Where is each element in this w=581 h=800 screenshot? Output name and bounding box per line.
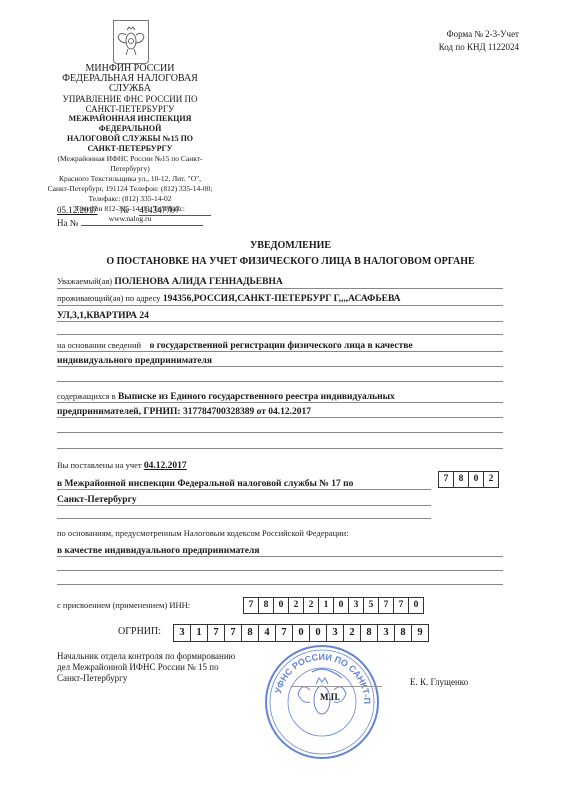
rule	[57, 518, 431, 519]
address-line1: 194356,РОССИЯ,САНКТ-ПЕТЕРБУРГ Г,,,,АСАФЬ…	[163, 294, 401, 304]
basis-line2: индивидуального предпринимателя	[57, 356, 212, 366]
ogrnip-digit: 7	[225, 625, 242, 641]
basis-row2: индивидуального предпринимателя	[57, 355, 212, 366]
ogrnip-digit: 1	[191, 625, 208, 641]
position-line1: Начальник отдела контроля по формировани…	[57, 651, 235, 662]
inspection-code-digit: 2	[484, 472, 498, 487]
doc-number: 414347707	[139, 205, 211, 216]
rule	[57, 556, 503, 557]
doc-date-number: 05.12.2017 № 414347707 На №	[57, 204, 211, 229]
inn-digit: 7	[379, 598, 394, 613]
address-row2: УЛ,3,1,КВАРТИРА 24	[57, 310, 149, 321]
service: ФЕДЕРАЛЬНАЯ НАЛОГОВАЯ СЛУЖБА	[40, 74, 220, 94]
dept-line2: САНКТ-ПЕТЕРБУРГУ	[40, 104, 220, 114]
ref-value	[81, 216, 203, 226]
grounds-value: в качестве индивидуального предпринимате…	[57, 546, 259, 556]
inn-boxes: 780221035770	[243, 597, 424, 614]
position-line3: Санкт-Петербургу	[57, 673, 235, 684]
ref-label: На №	[57, 218, 78, 228]
rule	[57, 417, 503, 418]
inspection-line3: САНКТ-ПЕТЕРБУРГУ	[40, 144, 220, 154]
knd-code: Код по КНД 1122024	[439, 41, 519, 54]
doc-number-label: №	[120, 205, 129, 215]
form-identifier: Форма № 2-3-Учет Код по КНД 1122024	[439, 28, 519, 54]
issuer-header: МИНФИН РОССИИ ФЕДЕРАЛЬНАЯ НАЛОГОВАЯ СЛУЖ…	[40, 64, 220, 224]
title-line2: О ПОСТАНОВКЕ НА УЧЕТ ФИЗИЧЕСКОГО ЛИЦА В …	[0, 254, 581, 270]
inspection-line1: МЕЖРАЙОННАЯ ИНСПЕКЦИЯ ФЕДЕРАЛЬНОЙ	[40, 114, 220, 134]
dept-line1: УПРАВЛЕНИЕ ФНС РОССИИ ПО	[40, 94, 220, 104]
inspection-code-digit: 7	[439, 472, 454, 487]
person-name: ПОЛЕНОВА АЛИДА ГЕННАДЬЕВНА	[114, 277, 282, 287]
ogrnip-digit: 3	[174, 625, 191, 641]
inspection-code-digit: 8	[454, 472, 469, 487]
addressee-row: Уважаемый(ая) ПОЛЕНОВА АЛИДА ГЕННАДЬЕВНА	[57, 276, 283, 287]
rule	[57, 366, 503, 367]
inspection-row: в Межрайонной инспекции Федеральной нало…	[57, 478, 353, 489]
grounds-label: по основаниям, предусмотренным Налоговым…	[57, 528, 349, 538]
inn-digit: 2	[304, 598, 319, 613]
ogrnip-boxes: 317784700328389	[173, 624, 429, 642]
ogrnip-digit: 8	[361, 625, 378, 641]
rule	[57, 448, 503, 449]
rule	[57, 402, 503, 403]
rule	[57, 505, 431, 506]
ogrnip-digit: 3	[378, 625, 395, 641]
contact-line4: Телефакс: (812) 335-14-02	[40, 194, 220, 204]
address-line2: УЛ,3,1,КВАРТИРА 24	[57, 311, 149, 321]
basis-row: на основании сведений о государственной …	[57, 340, 413, 351]
registered-label: Вы поставлены на учет	[57, 460, 142, 470]
contained-row: содержащихся в Выписке из Единого госуда…	[57, 391, 395, 402]
rule	[57, 351, 503, 352]
rule	[57, 381, 503, 382]
ogrnip-digit: 8	[242, 625, 259, 641]
ogrnip-label: ОГРНИП:	[118, 626, 161, 637]
contained-line2: предпринимателей, ГРНИП: 317784700328389…	[57, 407, 311, 417]
signer-position: Начальник отдела контроля по формировани…	[57, 651, 235, 684]
title-line1: УВЕДОМЛЕНИЕ	[0, 238, 581, 254]
ogrnip-digit: 7	[208, 625, 225, 641]
inn-label: с присвоением (применением) ИНН:	[57, 600, 190, 610]
address-label: проживающий(ая) по адресу	[57, 293, 161, 303]
inspection-line2: НАЛОГОВОЙ СЛУЖБЫ №15 ПО	[40, 134, 220, 144]
basis-label: на основании сведений	[57, 340, 141, 350]
address-row: проживающий(ая) по адресу 194356,РОССИЯ,…	[57, 293, 401, 304]
inn-digit: 8	[259, 598, 274, 613]
inn-digit: 1	[319, 598, 334, 613]
position-line2: дел Межрайонной ИФНС России № 15 по	[57, 662, 235, 673]
inspection-row2: Санкт-Петербургу	[57, 494, 137, 505]
inn-digit: 2	[289, 598, 304, 613]
rule	[57, 321, 503, 322]
doc-title: УВЕДОМЛЕНИЕ О ПОСТАНОВКЕ НА УЧЕТ ФИЗИЧЕС…	[0, 238, 581, 270]
inn-digit: 0	[334, 598, 349, 613]
ogrnip-digit: 9	[412, 625, 428, 641]
inspection-code-boxes: 7802	[438, 471, 499, 488]
contained-line1: Выписке из Единого государственного реес…	[118, 392, 395, 402]
inn-digit: 7	[394, 598, 409, 613]
signer-name: Е. К. Глущенко	[410, 677, 468, 687]
dear-label: Уважаемый(ая)	[57, 276, 112, 286]
rule	[57, 432, 503, 433]
grounds-value-row: в качестве индивидуального предпринимате…	[57, 545, 259, 556]
rule	[57, 305, 503, 306]
rule	[57, 570, 503, 571]
inspection-line2: Санкт-Петербургу	[57, 495, 137, 505]
basis-line1: о государственной регистрации физическог…	[150, 341, 413, 351]
rule	[57, 489, 431, 490]
form-number: Форма № 2-3-Учет	[439, 28, 519, 41]
inn-digit: 3	[349, 598, 364, 613]
official-seal-icon: УФНС РОССИИ ПО САНКТ-ПЕТЕРБУРГУ	[262, 642, 382, 762]
rule	[57, 334, 503, 335]
inn-digit: 0	[409, 598, 423, 613]
contained-row2: предпринимателей, ГРНИП: 317784700328389…	[57, 406, 311, 417]
ogrnip-digit: 0	[293, 625, 310, 641]
registered-row: Вы поставлены на учет 04.12.2017	[57, 460, 187, 471]
grounds-row: по основаниям, предусмотренным Налоговым…	[57, 528, 349, 538]
signature-line	[292, 686, 382, 687]
inn-digit: 0	[274, 598, 289, 613]
ogrnip-digit: 3	[327, 625, 344, 641]
inspection-code-digit: 0	[469, 472, 484, 487]
rule	[57, 584, 503, 585]
ogrnip-row: ОГРНИП:	[118, 626, 161, 637]
ogrnip-digit: 8	[395, 625, 412, 641]
ogrnip-digit: 4	[259, 625, 276, 641]
coat-of-arms-icon	[113, 20, 149, 64]
doc-date: 05.12.2017	[57, 205, 98, 215]
ogrnip-digit: 2	[344, 625, 361, 641]
inn-row: с присвоением (применением) ИНН:	[57, 600, 190, 610]
inn-digit: 5	[364, 598, 379, 613]
seal-label: М.П.	[320, 692, 340, 702]
ogrnip-digit: 0	[310, 625, 327, 641]
inspection-line1: в Межрайонной инспекции Федеральной нало…	[57, 479, 353, 489]
contained-label: содержащихся в	[57, 391, 116, 401]
inn-digit: 7	[244, 598, 259, 613]
ogrnip-digit: 7	[276, 625, 293, 641]
contact-line2: Красного Текстильщика ул., 10-12, Лит. "…	[40, 174, 220, 184]
rule	[57, 288, 503, 289]
registered-date: 04.12.2017	[144, 461, 187, 471]
contact-line3: Санкт-Петербург, 191124 Телефон: (812) 3…	[40, 184, 220, 194]
contact-line1: (Межрайонная ИФНС России №15 по Санкт-Пе…	[40, 154, 220, 174]
